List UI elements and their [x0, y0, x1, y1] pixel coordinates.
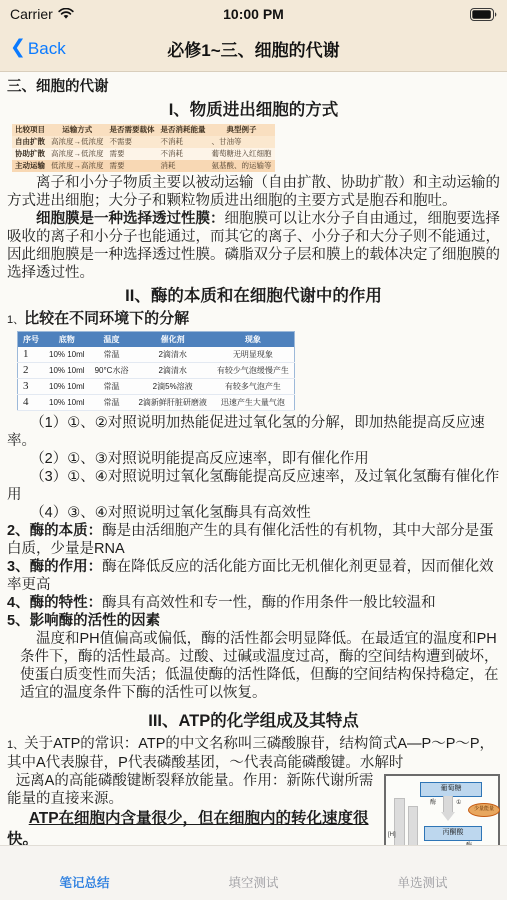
atp-wrap-block: 葡萄糖 酶 ① 少量能量 丙酮酸 [H] 酶 远离A的高能磷酸键断裂释放能量。作… — [7, 772, 500, 845]
page-title: 必修1~三、细胞的代谢 — [0, 36, 507, 61]
tab-fill-blank-test[interactable]: 填空测试 — [169, 846, 338, 900]
enzyme-experiment-table: 序号 底物 温度 催化剂 现象 1 10% 10ml 常温 2滴清水 无明显现象… — [17, 331, 295, 411]
item-number: 1、 — [7, 314, 24, 326]
tab-single-choice-test[interactable]: 单选测试 — [338, 846, 507, 900]
enzyme-experiment-label: 比较在不同环境下的分解 — [24, 310, 189, 327]
notes-content[interactable]: 三、细胞的代谢 I、物质进出细胞的方式 比较项目 运输方式 是否需要载体 是否消… — [0, 72, 507, 845]
point-enzyme-function: 3、酶的作用：酶在降低反应的活化能方面比无机催化剂更显着，因而催化效率更高 — [7, 558, 500, 594]
back-button-label: Back — [28, 39, 66, 59]
observation-3: （3）①、④对照说明过氧化氢酶能提高反应速率，及过氧化氢酶有催化作用 — [7, 468, 500, 504]
diagram-glucose-box: 葡萄糖 — [420, 782, 482, 797]
tab-notes-summary[interactable]: 笔记总结 — [0, 846, 169, 900]
heading-section-2: II、酶的本质和在细胞代谢中的作用 — [7, 285, 500, 307]
item-number: 1、 — [7, 739, 24, 751]
enzyme-experiment-title: 1、比较在不同环境下的分解 — [7, 310, 500, 329]
table-header-row: 序号 底物 温度 催化剂 现象 — [18, 332, 295, 348]
diagram-pyruvate-box: 丙酮酸 — [424, 826, 482, 841]
table-row: 4 10% 10ml 常温 2滴新鲜肝脏研磨液 迅速产生大量气泡 — [18, 395, 295, 411]
observation-2: （2）①、③对照说明能提高反应速率，即有催化作用 — [7, 450, 500, 468]
paragraph-transport-summary: 离子和小分子物质主要以被动运输（自由扩散、协助扩散）和主动运输的方式进出细胞；大… — [7, 174, 500, 210]
table-row: 协助扩散 高浓度→低浓度 需要 不消耗 葡萄糖进入红细胞 — [12, 148, 275, 160]
table-row: 1 10% 10ml 常温 2滴清水 无明显现象 — [18, 347, 295, 363]
paragraph-activity-factors: 温度和PH值偏高或偏低，酶的活性都会明显降低。在最适宜的温度和PH条件下，酶的活… — [7, 630, 500, 702]
chapter-title: 三、细胞的代谢 — [7, 78, 500, 96]
heading-section-1: I、物质进出细胞的方式 — [7, 99, 500, 121]
transport-comparison-table: 比较项目 运输方式 是否需要载体 是否消耗能量 典型例子 自由扩散 高浓度→低浓… — [12, 124, 275, 172]
point-enzyme-property: 4、酶的特性：酶具有高效性和专一性，酶的作用条件一般比较温和 — [7, 594, 500, 612]
heading-section-3: III、ATP的化学组成及其特点 — [7, 710, 500, 732]
diagram-h-label: [H] — [388, 832, 396, 839]
back-button[interactable]: ❮ Back — [0, 39, 76, 59]
paragraph-atp-part1: 1、关于ATP的常识：ATP的中文名称叫三磷酸腺苷，结构简式A—P～P～P，其中… — [7, 735, 500, 772]
clock: 10:00 PM — [0, 6, 507, 22]
observation-1: （1）①、②对照说明加热能促进过氧化氢的分解，即加热能提高反应速率。 — [7, 414, 500, 450]
back-chevron-icon: ❮ — [10, 38, 26, 57]
table-row: 2 10% 10ml 90°C水浴 2滴清水 有较少气泡缓慢产生 — [18, 363, 295, 379]
atp-respiration-diagram: 葡萄糖 酶 ① 少量能量 丙酮酸 [H] 酶 — [384, 774, 500, 845]
paragraph-membrane: 细胞膜是一种选择透过性膜：细胞膜可以让水分子自由通过，细胞要选择吸收的离子和小分… — [7, 210, 500, 282]
diagram-down-arrow — [441, 812, 455, 821]
table-row: 自由扩散 高浓度→低浓度 不需要 不消耗 、甘油等 — [12, 136, 275, 148]
observation-4: （4）③、④对照说明过氧化氢酶具有高效性 — [7, 504, 500, 522]
table-row: 主动运输 低浓度→高浓度 需要 消耗 氨基酸、的运输等 — [12, 160, 275, 172]
point-enzyme-nature: 2、酶的本质：酶是由活细胞产生的具有催化活性的有机物，其中大部分是蛋白质，少量是… — [7, 522, 500, 558]
navigation-bar: ❮ Back 必修1~三、细胞的代谢 — [0, 26, 507, 72]
status-bar: Carrier 10:00 PM — [0, 0, 507, 26]
table-header-row: 比较项目 运输方式 是否需要载体 是否消耗能量 典型例子 — [12, 124, 275, 136]
diagram-energy-oval: 少量能量 — [468, 803, 500, 817]
battery-icon — [470, 8, 497, 21]
table-row: 3 10% 10ml 常温 2滴5%溶液 有较多气泡产生 — [18, 379, 295, 395]
diagram-enzyme-label: 酶 — [430, 800, 436, 807]
tab-bar: 笔记总结 填空测试 单选测试 — [0, 845, 507, 900]
membrane-lead: 细胞膜是一种选择透过性膜： — [36, 211, 225, 227]
diagram-step-label: ① — [456, 800, 461, 807]
point-enzyme-factors: 5、影响酶的活性的因素 — [7, 612, 500, 630]
